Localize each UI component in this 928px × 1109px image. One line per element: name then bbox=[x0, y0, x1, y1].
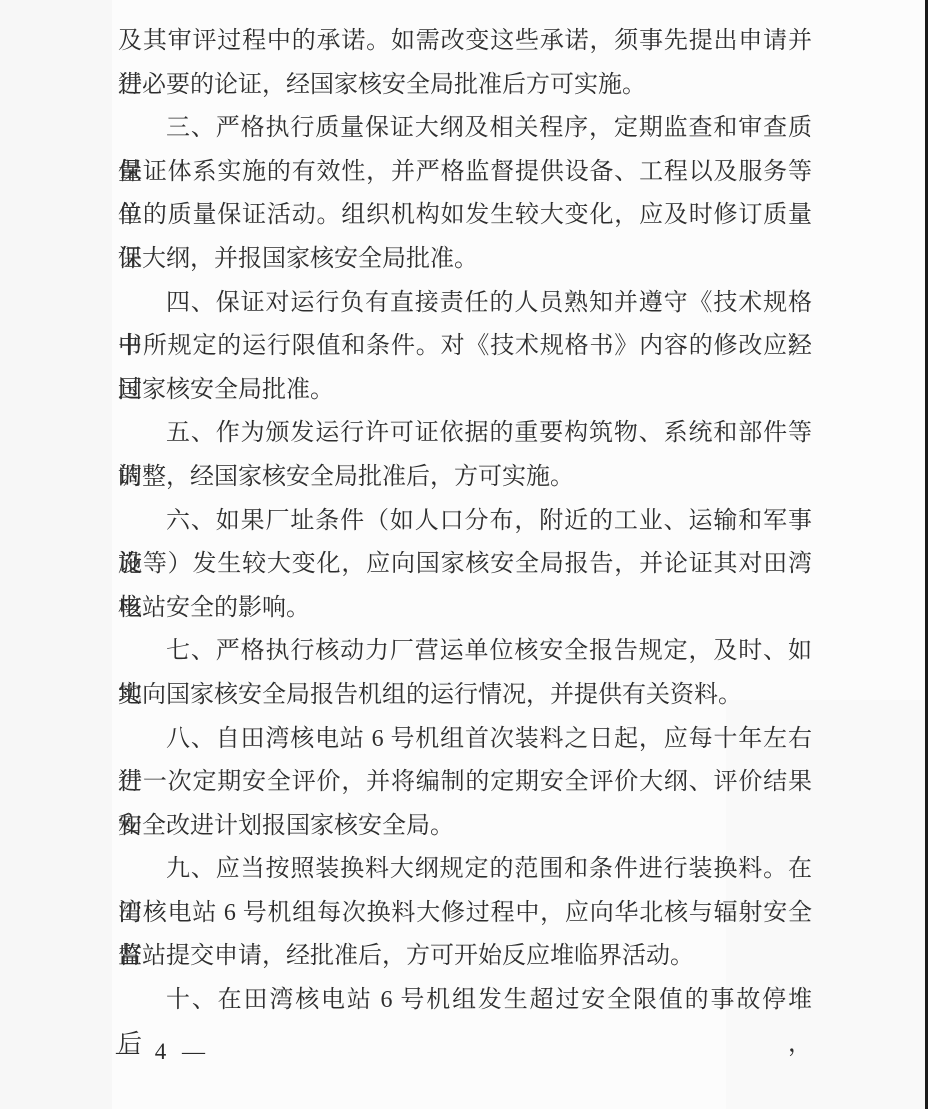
text-line: 中所规定的运行限值和条件。对《技术规格书》内容的修改应经过 bbox=[118, 325, 812, 369]
text-line: 证大纲，并报国家核安全局批准。 bbox=[118, 238, 812, 282]
text-line: 五、作为颁发运行许可证依据的重要构筑物、系统和部件等的 bbox=[118, 412, 812, 456]
text-line: 安全改进计划报国家核安全局。 bbox=[118, 805, 812, 849]
text-line: 地向国家核安全局报告机组的运行情况，并提供有关资料。 bbox=[118, 674, 812, 718]
text-line: 调整，经国家核安全局批准后，方可实施。 bbox=[118, 456, 812, 500]
text-line: 七、严格执行核动力厂营运单位核安全报告规定，及时、如实 bbox=[118, 630, 812, 674]
text-line: 八、自田湾核电站 6 号机组首次装料之日起，应每十年左右进 bbox=[118, 718, 812, 762]
text-line: 国家核安全局批准。 bbox=[118, 369, 812, 413]
page-footer: — 4 — bbox=[116, 1036, 207, 1068]
text-line: 及其审评过程中的承诺。如需改变这些承诺，须事先提出申请并进 bbox=[118, 20, 812, 64]
document-body: 及其审评过程中的承诺。如需改变这些承诺，须事先提出申请并进行必要的论证，经国家核… bbox=[118, 20, 812, 1023]
text-line: 行必要的论证，经国家核安全局批准后方可实施。 bbox=[118, 64, 812, 108]
text-line: 四、保证对运行负有直接责任的人员熟知并遵守《技术规格书》 bbox=[118, 282, 812, 326]
text-line: 行一次定期安全评价，并将编制的定期安全评价大纲、评价结果和 bbox=[118, 761, 812, 805]
text-line: 十、在田湾核电站 6 号机组发生超过安全限值的事故停堆后， bbox=[118, 979, 812, 1023]
page-number: — 4 — bbox=[116, 1039, 207, 1064]
text-line: 九、应当按照装换料大纲规定的范围和条件进行装换料。在田 bbox=[118, 848, 812, 892]
text-line: 施等）发生较大变化，应向国家核安全局报告，并论证其对田湾核 bbox=[118, 543, 812, 587]
text-line: 保证体系实施的有效性，并严格监督提供设备、工程以及服务等单 bbox=[118, 151, 812, 195]
text-line: 六、如果厂址条件（如人口分布，附近的工业、运输和军事设 bbox=[118, 500, 812, 544]
document-page: 及其审评过程中的承诺。如需改变这些承诺，须事先提出申请并进行必要的论证，经国家核… bbox=[0, 0, 928, 1109]
text-line: 督站提交申请，经批准后，方可开始反应堆临界活动。 bbox=[118, 935, 812, 979]
text-line: 三、严格执行质量保证大纲及相关程序，定期监查和审查质量 bbox=[118, 107, 812, 151]
text-line: 湾核电站 6 号机组每次换料大修过程中，应向华北核与辐射安全监 bbox=[118, 892, 812, 936]
text-line: 电站安全的影响。 bbox=[118, 587, 812, 631]
scan-shade-artifact bbox=[0, 0, 112, 1109]
text-line: 位的质量保证活动。组织机构如发生较大变化，应及时修订质量保 bbox=[118, 194, 812, 238]
